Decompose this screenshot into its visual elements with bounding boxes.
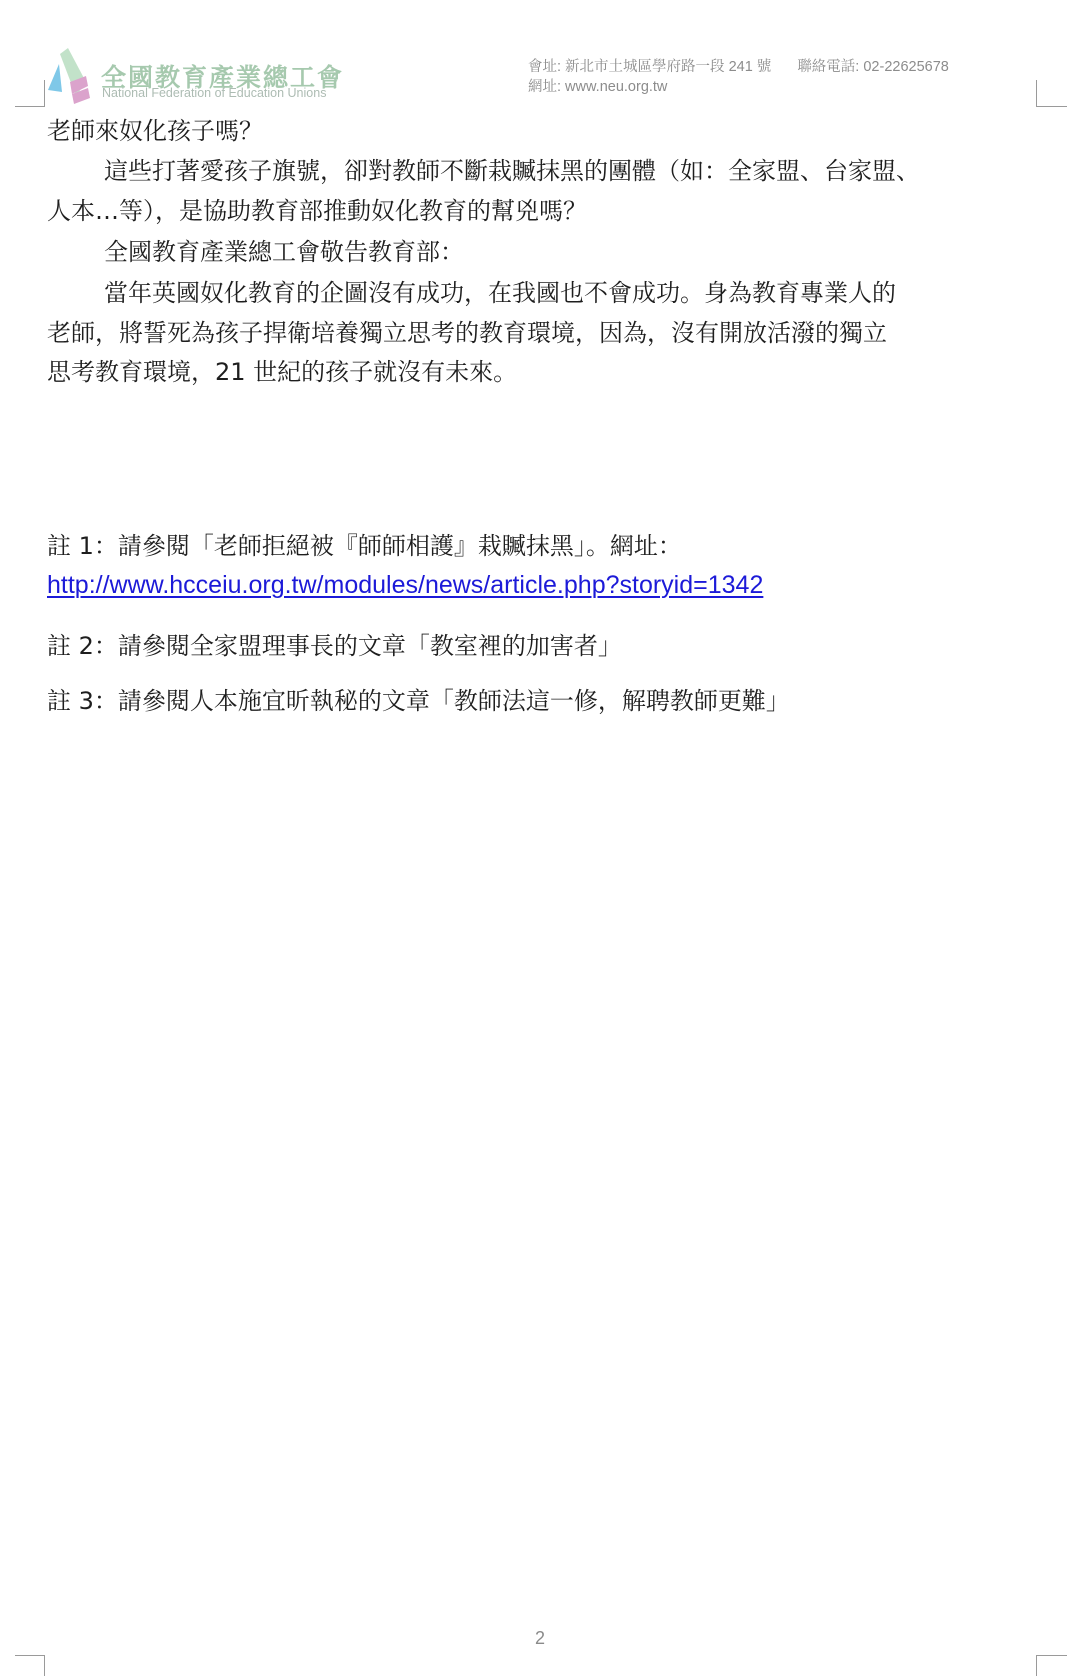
body-line-1: 老師來奴化孩子嗎？ [47, 116, 263, 146]
note-1-link[interactable]: http://www.hcceiu.org.tw/modules/news/ar… [47, 571, 763, 599]
body-line-3: 人本…等），是協助教育部推動奴化教育的幫兇嗎？ [47, 196, 587, 226]
body-line-4: 全國教育產業總工會敬告教育部： [104, 237, 464, 267]
body-line-6: 老師，將誓死為孩子捍衛培養獨立思考的教育環境，因為，沒有開放活潑的獨立 [47, 318, 887, 348]
org-name-en: National Federation of Education Unions [102, 86, 326, 100]
crop-mark-bottom-right-h [1036, 1655, 1067, 1656]
note-2: 註 2：請參閱全家盟理事長的文章「教室裡的加害者」 [47, 631, 622, 661]
contact-info: 會址: 新北市土城區學府路一段 241 號聯絡電話: 02-22625678 網… [528, 57, 949, 97]
body-line-5: 當年英國奴化教育的企圖沒有成功，在我國也不會成功。身為教育專業人的 [104, 278, 896, 308]
page-number: 2 [530, 1628, 550, 1649]
note-1-link-line: http://www.hcceiu.org.tw/modules/news/ar… [47, 570, 763, 600]
crop-mark-top-right-v [1036, 80, 1037, 107]
note-1: 註 1：請參閱「老師拒絕被『師師相護』栽贓抹黑」。網址： [47, 531, 682, 561]
body-line-2: 這些打著愛孩子旗號，卻對教師不斷栽贓抹黑的團體（如：全家盟、台家盟、 [104, 156, 920, 186]
union-logo-icon [46, 48, 92, 104]
crop-mark-bottom-right-v [1036, 1655, 1037, 1676]
website-text: 網址: www.neu.org.tw [528, 77, 949, 97]
crop-mark-bottom-left-v [44, 1655, 45, 1676]
crop-mark-top-left-h [15, 106, 45, 107]
body-line-7: 思考教育環境，21 世紀的孩子就沒有未來。 [47, 357, 517, 387]
crop-mark-top-left-v [44, 80, 45, 107]
address-text: 會址: 新北市土城區學府路一段 241 號 [528, 59, 771, 75]
note-3: 註 3：請參閱人本施宜昕執秘的文章「教師法這一修，解聘教師更難」 [47, 686, 790, 716]
crop-mark-top-right-h [1036, 106, 1067, 107]
phone-text: 聯絡電話: 02-22625678 [797, 59, 949, 75]
crop-mark-bottom-left-h [15, 1655, 45, 1656]
